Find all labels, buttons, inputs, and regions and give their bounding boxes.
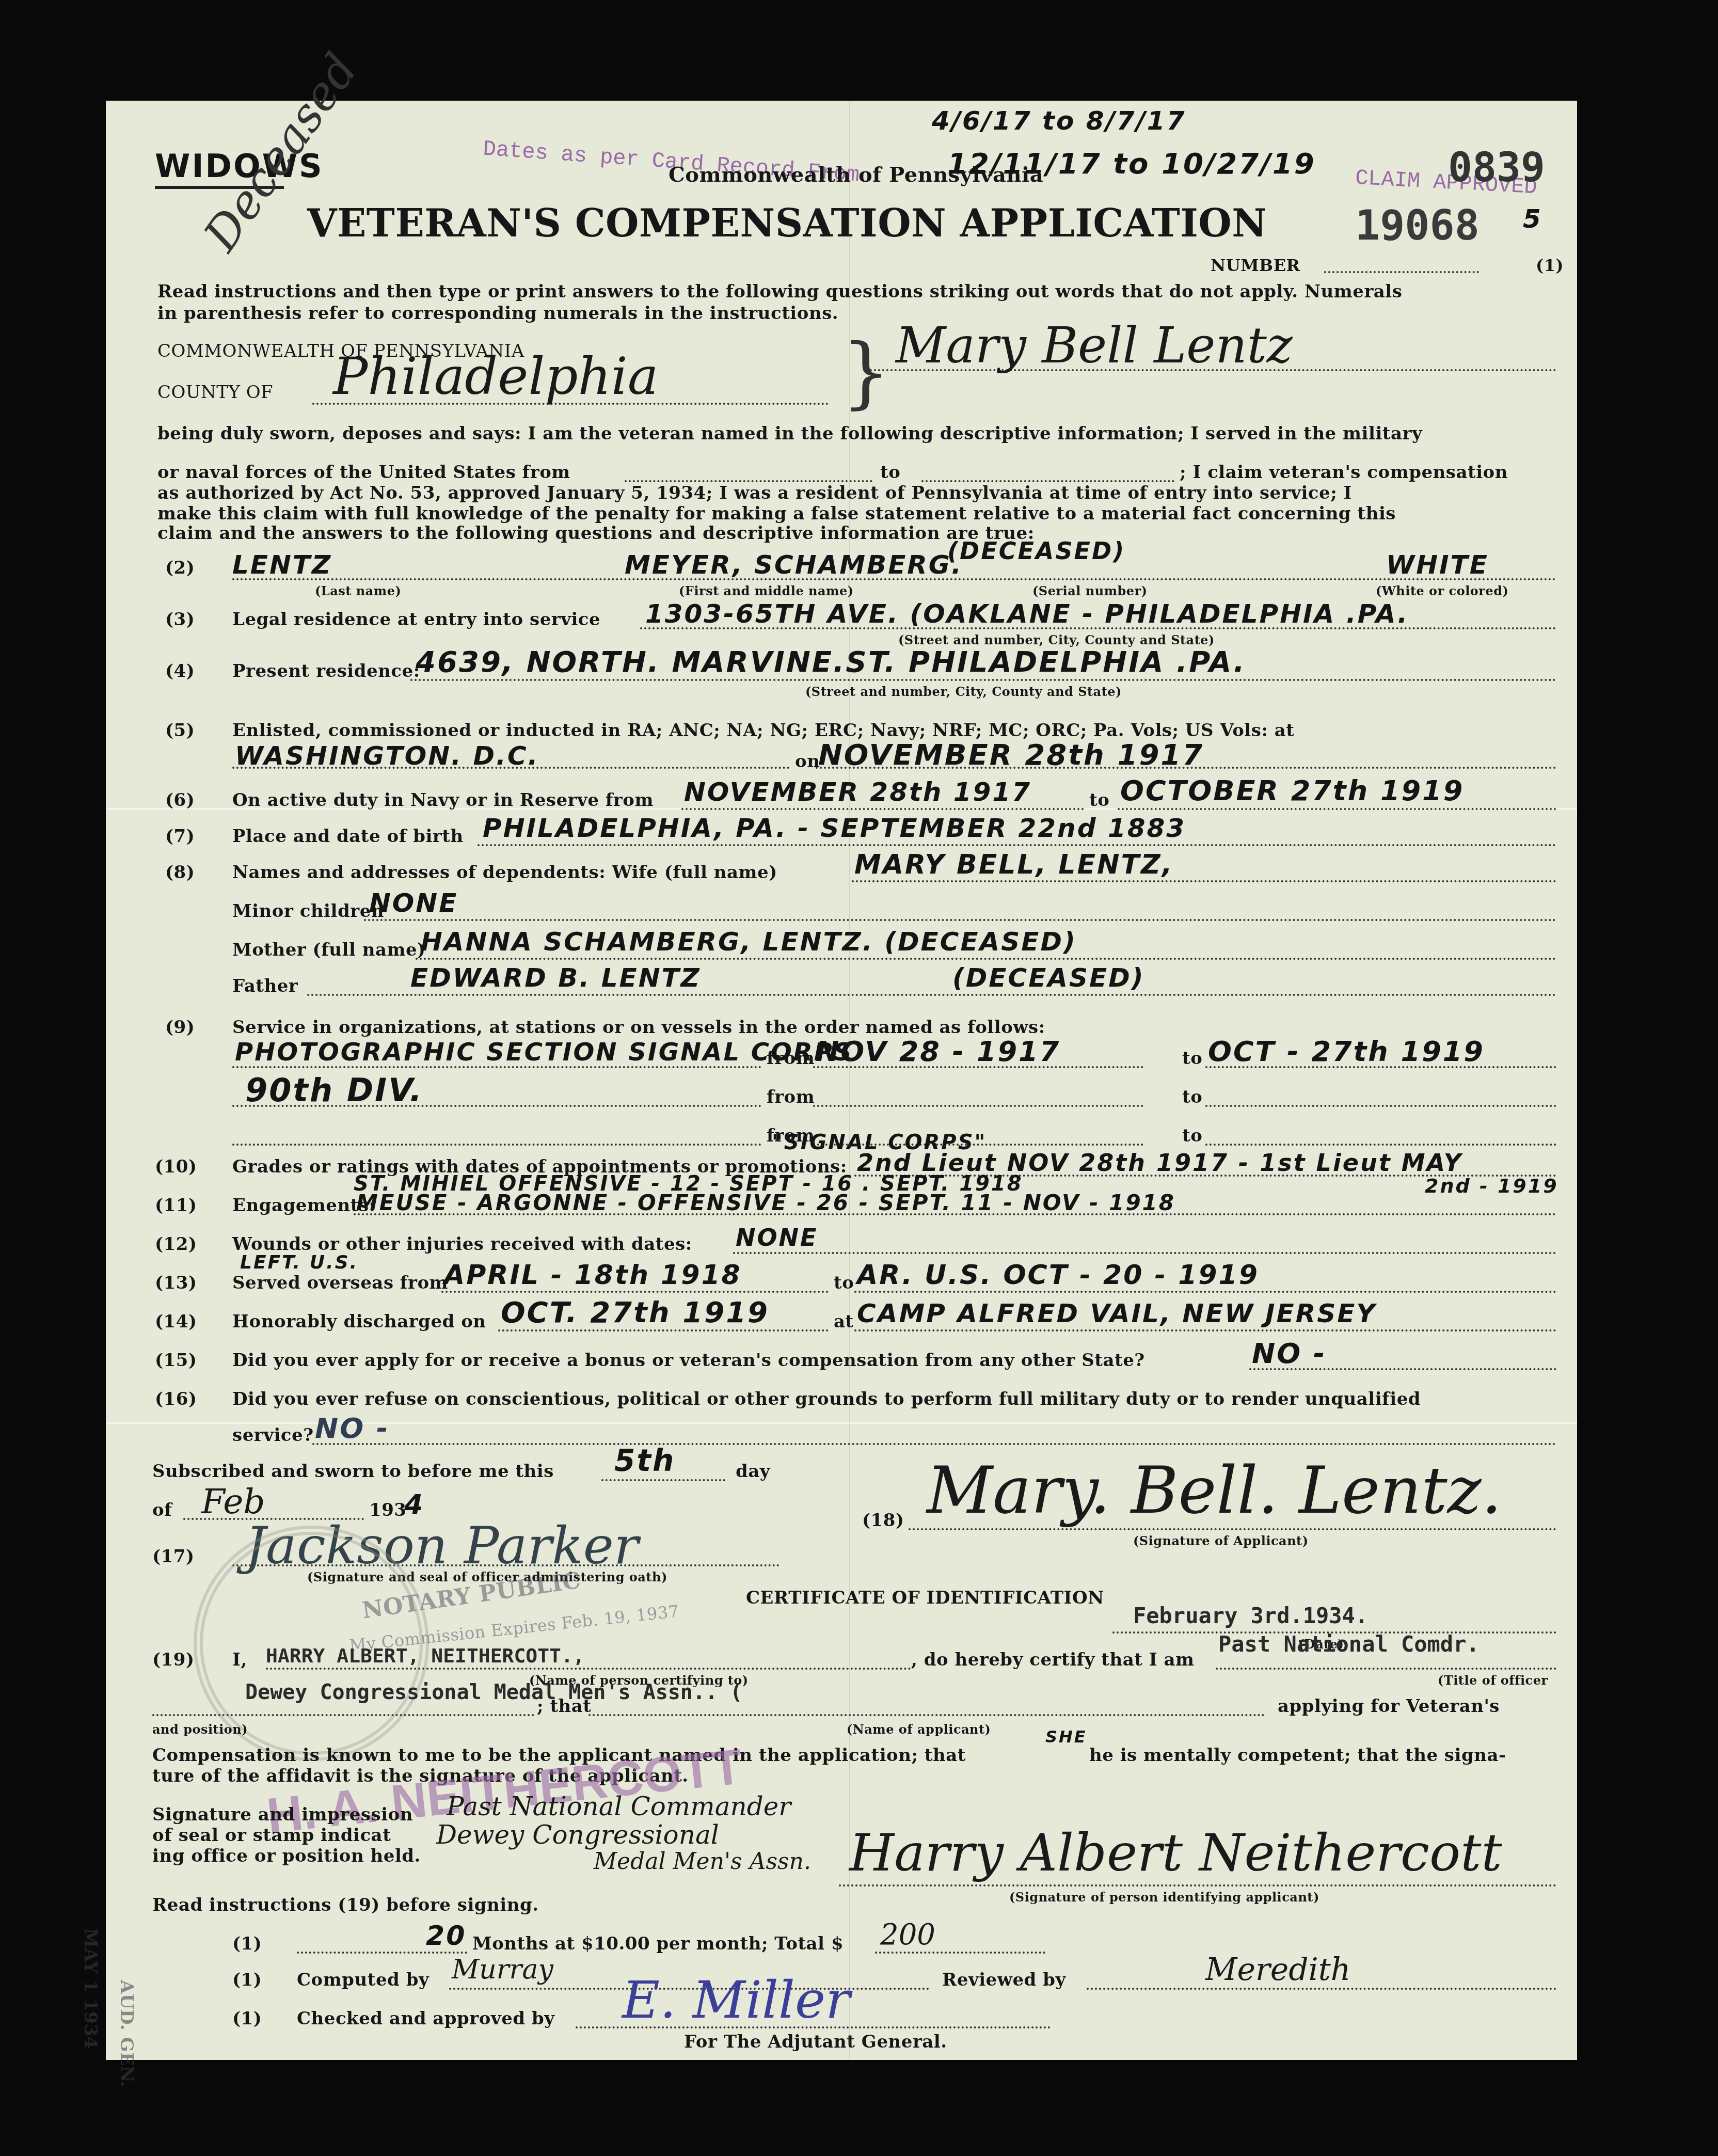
father-field[interactable] bbox=[307, 994, 1556, 996]
children-field[interactable] bbox=[364, 919, 1556, 921]
q6-label: On active duty in Navy or in Reserve fro… bbox=[232, 790, 654, 811]
caption-serial: (Serial number) bbox=[1032, 583, 1148, 598]
certificate-date: February 3rd.1934. bbox=[1133, 1603, 1368, 1628]
read-instructions: Read instructions (19) before signing. bbox=[152, 1895, 539, 1915]
q6-number: (6) bbox=[165, 790, 195, 811]
county-value: Philadelphia bbox=[333, 346, 658, 406]
q6-from-field[interactable] bbox=[681, 808, 1084, 810]
q13-label: Served overseas from bbox=[232, 1273, 448, 1293]
affidavit-line-2a: or naval forces of the United States fro… bbox=[157, 462, 570, 483]
instructions-line-2: in parenthesis refer to corresponding nu… bbox=[157, 303, 838, 324]
affidavit-line-3: as authorized by Act No. 53, approved Ja… bbox=[157, 483, 1352, 503]
subscribed-label: Subscribed and sworn to before me this bbox=[152, 1461, 554, 1482]
cert-19-number: (19) bbox=[152, 1650, 195, 1670]
q9-row1-to: OCT - 27th 1919 bbox=[1208, 1035, 1485, 1068]
months-number: (1) bbox=[232, 1933, 262, 1954]
number-ref: (1) bbox=[1536, 256, 1564, 275]
date-received-stamp: MAY 1 1934 bbox=[80, 1928, 101, 2049]
q15-number: (15) bbox=[155, 1350, 197, 1371]
affidavit-line-4: make this claim with full knowledge of t… bbox=[157, 503, 1396, 524]
day-value: 5th bbox=[614, 1443, 675, 1478]
q7-field[interactable] bbox=[478, 844, 1556, 846]
q15-value: NO - bbox=[1252, 1337, 1326, 1370]
checked-label: Checked and approved by bbox=[297, 2008, 554, 2029]
application-number: 19068 bbox=[1355, 201, 1480, 249]
q6-to: OCTOBER 27th 1919 bbox=[1120, 774, 1464, 807]
q16-field[interactable] bbox=[312, 1443, 1556, 1445]
caption-last-name: (Last name) bbox=[315, 583, 401, 598]
q10-number: (10) bbox=[155, 1156, 197, 1177]
position-field[interactable] bbox=[152, 1714, 534, 1716]
father-label: Father bbox=[232, 976, 298, 996]
q14-place-field[interactable] bbox=[854, 1329, 1556, 1331]
service-to-field[interactable] bbox=[921, 480, 1174, 482]
identifier-signature: Harry Albert Neithercott bbox=[849, 1822, 1502, 1883]
q4-number: (4) bbox=[165, 661, 195, 681]
q5-on-label: on bbox=[795, 751, 820, 772]
applicant-caption: (Signature of Applicant) bbox=[1133, 1533, 1309, 1548]
q11-value: MEUSE - ARGONNE - OFFENSIVE - 26 - SEPT.… bbox=[356, 1190, 1175, 1215]
application-form: WIDOWS Deceased Dates as per Card Record… bbox=[106, 101, 1577, 2060]
q4-field[interactable] bbox=[410, 679, 1556, 681]
certifier-name-field[interactable] bbox=[266, 1668, 911, 1670]
county-label: COUNTY OF bbox=[157, 382, 273, 403]
children-label: Minor children bbox=[232, 901, 384, 922]
q11-number: (11) bbox=[155, 1195, 197, 1216]
reviewed-label: Reviewed by bbox=[942, 1970, 1066, 1990]
q9-row2-from-label: from bbox=[767, 1087, 815, 1107]
q8-label: Names and addresses of dependents: Wife … bbox=[232, 862, 777, 883]
father-note: (DECEASED) bbox=[952, 963, 1145, 993]
commonwealth-header: Commonwealth of Pennsylvania bbox=[669, 163, 1043, 187]
organization-value: Dewey Congressional Medal Men's Assn.. ( bbox=[245, 1681, 742, 1704]
q7-value: PHILADELPHIA, PA. - SEPTEMBER 22nd 1883 bbox=[483, 813, 1186, 843]
applicant-name-field[interactable] bbox=[588, 1714, 1265, 1716]
q8-number: (8) bbox=[165, 862, 195, 883]
serial-annotation: (DECEASED) bbox=[947, 537, 1125, 565]
father-value: EDWARD B. LENTZ bbox=[410, 963, 701, 993]
q9-label: Service in organizations, at stations or… bbox=[232, 1017, 1045, 1038]
of-label: of bbox=[152, 1500, 172, 1520]
months-text: Months at $10.00 per month; Total $ bbox=[472, 1933, 844, 1954]
q14-date: OCT. 27th 1919 bbox=[501, 1296, 769, 1329]
computed-label: Computed by bbox=[297, 1970, 429, 1990]
instructions-line-1: Read instructions and then type or print… bbox=[157, 281, 1402, 302]
race-value: WHITE bbox=[1386, 550, 1489, 580]
months-field[interactable] bbox=[297, 1952, 467, 1954]
q5-place: WASHINGTON. D.C. bbox=[235, 741, 539, 771]
q16-label-2: service? bbox=[232, 1425, 314, 1446]
that-label: ; that bbox=[537, 1696, 592, 1717]
q6-to-label: to bbox=[1089, 790, 1109, 811]
q4-value: 4639, NORTH. MARVINE.ST. PHILADELPHIA .P… bbox=[416, 645, 1246, 679]
months-value: 20 bbox=[426, 1921, 466, 1952]
q9-row1-from-label: from bbox=[767, 1048, 815, 1069]
card-record-dates-1: 4/6/17 to 8/7/17 bbox=[932, 106, 1186, 136]
computed-number: (1) bbox=[232, 1970, 262, 1990]
q9-number: (9) bbox=[165, 1017, 195, 1038]
affidavit-line-2b: to bbox=[880, 462, 900, 483]
first-middle-value: MEYER, SCHAMBERG. bbox=[625, 550, 963, 580]
q9-row2-to-label: to bbox=[1182, 1087, 1202, 1107]
affidavit-line-1: being duly sworn, deposes and says: I am… bbox=[157, 423, 1422, 444]
seal-handwriting-2: Dewey Congressional bbox=[436, 1820, 719, 1850]
position-caption: and position) bbox=[152, 1722, 248, 1737]
q15-label: Did you ever apply for or receive a bonu… bbox=[232, 1350, 1145, 1371]
checked-number: (1) bbox=[232, 2008, 262, 2029]
title-caption: (Title of officer bbox=[1438, 1673, 1548, 1688]
computed-signature: Murray bbox=[452, 1954, 553, 1985]
affidavit-line-2c: ; I claim veteran's compensation bbox=[1180, 462, 1508, 483]
reviewed-field[interactable] bbox=[1087, 1988, 1556, 1990]
q9-row1-from: NOV 28 - 1917 bbox=[816, 1035, 1060, 1068]
q3-value: 1303-65TH AVE. (OAKLANE - PHILADELPHIA .… bbox=[645, 599, 1409, 629]
q9-row1-org: PHOTOGRAPHIC SECTION SIGNAL CORPS bbox=[235, 1038, 853, 1067]
q4-label: Present residence: bbox=[232, 661, 420, 681]
q5-date: NOVEMBER 28th 1917 bbox=[818, 738, 1204, 772]
q14-date-field[interactable] bbox=[498, 1329, 829, 1331]
brace: } bbox=[841, 328, 891, 418]
oath-18-number: (18) bbox=[862, 1510, 904, 1531]
q9-row3-to-field[interactable] bbox=[1205, 1144, 1556, 1146]
total-value: 200 bbox=[880, 1918, 935, 1952]
adjutant-label: For The Adjutant General. bbox=[684, 2032, 947, 2052]
certifier-title: Past National Comdr. bbox=[1218, 1631, 1480, 1657]
q4-caption: (Street and number, City, County and Sta… bbox=[805, 684, 1122, 699]
q13-to-field[interactable] bbox=[854, 1291, 1556, 1293]
certify-text: , do hereby certify that I am bbox=[911, 1650, 1195, 1670]
cert-i-label: I, bbox=[232, 1650, 247, 1670]
q14-place: CAMP ALFRED VAIL, NEW JERSEY bbox=[857, 1298, 1377, 1328]
q13-to-label: to bbox=[834, 1273, 854, 1293]
title-field[interactable] bbox=[1216, 1668, 1556, 1670]
q14-number: (14) bbox=[155, 1311, 197, 1332]
identifier-caption: (Signature of person identifying applica… bbox=[1009, 1890, 1319, 1905]
seal-label-1: Signature and impression bbox=[152, 1804, 413, 1825]
caption-race: (White or colored) bbox=[1376, 583, 1508, 598]
q7-number: (7) bbox=[165, 826, 195, 847]
q13-to: AR. U.S. OCT - 20 - 1919 bbox=[857, 1260, 1259, 1291]
aud-gen-stamp: AUD. GEN. bbox=[116, 1980, 137, 2087]
seal-handwriting-3: Medal Men's Assn. bbox=[594, 1848, 811, 1875]
identifier-signature-field[interactable] bbox=[839, 1884, 1556, 1886]
q6-to-field[interactable] bbox=[1118, 808, 1556, 810]
mother-value: HANNA SCHAMBERG, LENTZ. (DECEASED) bbox=[421, 927, 1077, 957]
q13-from: APRIL - 18th 1918 bbox=[444, 1260, 742, 1291]
reviewed-signature: Meredith bbox=[1205, 1952, 1350, 1988]
q9-row2-org: 90th DIV. bbox=[245, 1071, 423, 1109]
checked-signature: E. Miller bbox=[622, 1970, 850, 2030]
q9-row2-from-field[interactable] bbox=[813, 1105, 1143, 1107]
applicant-signature: Mary. Bell. Lentz. bbox=[927, 1453, 1502, 1528]
q2-number: (2) bbox=[165, 558, 195, 578]
q13-from-field[interactable] bbox=[441, 1291, 829, 1293]
applying-label: applying for Veteran's bbox=[1278, 1696, 1500, 1717]
mother-field[interactable] bbox=[416, 958, 1556, 960]
q16-number: (16) bbox=[155, 1389, 197, 1409]
q12-value: NONE bbox=[736, 1224, 818, 1251]
day-field[interactable] bbox=[601, 1479, 725, 1481]
q3-number: (3) bbox=[165, 609, 195, 630]
q7-label: Place and date of birth bbox=[232, 826, 464, 847]
last-name-value: LENTZ bbox=[232, 550, 332, 580]
q5-number: (5) bbox=[165, 720, 195, 741]
margin-mark: 5 bbox=[1523, 204, 1542, 234]
q9-row3-org-field[interactable] bbox=[232, 1144, 761, 1146]
wife-value: MARY BELL, LENTZ, bbox=[854, 849, 1173, 880]
q10-continued: 2nd - 1919 bbox=[1425, 1175, 1558, 1197]
q6-from: NOVEMBER 28th 1917 bbox=[684, 777, 1031, 807]
total-field[interactable] bbox=[875, 1952, 1045, 1954]
number-label: NUMBER bbox=[1211, 256, 1300, 275]
seal-label-2: of seal or stamp indicat bbox=[152, 1825, 391, 1846]
she-insert: SHE bbox=[1045, 1727, 1087, 1747]
q3-label: Legal residence at entry into service bbox=[232, 609, 600, 630]
q13-above: LEFT. U.S. bbox=[240, 1252, 358, 1273]
seal-handwriting-1: Past National Commander bbox=[447, 1792, 791, 1821]
q11-label: Engagements: bbox=[232, 1195, 376, 1216]
q12-label: Wounds or other injuries received with d… bbox=[232, 1234, 692, 1255]
wife-field[interactable] bbox=[852, 880, 1556, 882]
q12-number: (12) bbox=[155, 1234, 197, 1255]
q5-label: Enlisted, commissioned or inducted in RA… bbox=[232, 720, 1295, 741]
affidavit-line-5: claim and the answers to the following q… bbox=[157, 523, 1035, 544]
q13-number: (13) bbox=[155, 1273, 197, 1293]
q9-row1-to-label: to bbox=[1182, 1048, 1202, 1069]
q16-label: Did you ever refuse on conscientious, po… bbox=[232, 1389, 1421, 1409]
cert-body-1b: he is mentally competent; that the signa… bbox=[1089, 1745, 1506, 1766]
applicant-name-caption: (Name of applicant) bbox=[847, 1722, 991, 1737]
day-label: day bbox=[736, 1461, 770, 1482]
affiant-name: Mary Bell Lentz bbox=[896, 318, 1293, 374]
q16-value: NO - bbox=[315, 1412, 389, 1445]
q14-label: Honorably discharged on bbox=[232, 1311, 486, 1332]
number-field[interactable] bbox=[1324, 271, 1479, 273]
caption-first-middle: (First and middle name) bbox=[679, 583, 854, 598]
service-from-field[interactable] bbox=[625, 480, 872, 482]
applicant-signature-field[interactable] bbox=[909, 1528, 1556, 1530]
q14-at-label: at bbox=[834, 1311, 854, 1332]
q9-row3-to-label: to bbox=[1182, 1125, 1202, 1146]
certificate-title: CERTIFICATE OF IDENTIFICATION bbox=[746, 1588, 1104, 1608]
q9-row2-to-field[interactable] bbox=[1205, 1105, 1556, 1107]
form-title: VETERAN'S COMPENSATION APPLICATION bbox=[307, 201, 1267, 246]
mother-label: Mother (full name) bbox=[232, 940, 426, 960]
oath-17-number: (17) bbox=[152, 1546, 195, 1567]
q12-field[interactable] bbox=[733, 1252, 1556, 1254]
children-value: NONE bbox=[369, 888, 458, 918]
certifier-name: HARRY ALBERT, NEITHERCOTT., bbox=[266, 1644, 585, 1667]
seal-label-3: ing office or position held. bbox=[152, 1846, 421, 1866]
claim-number-top: 0839 bbox=[1448, 145, 1545, 191]
